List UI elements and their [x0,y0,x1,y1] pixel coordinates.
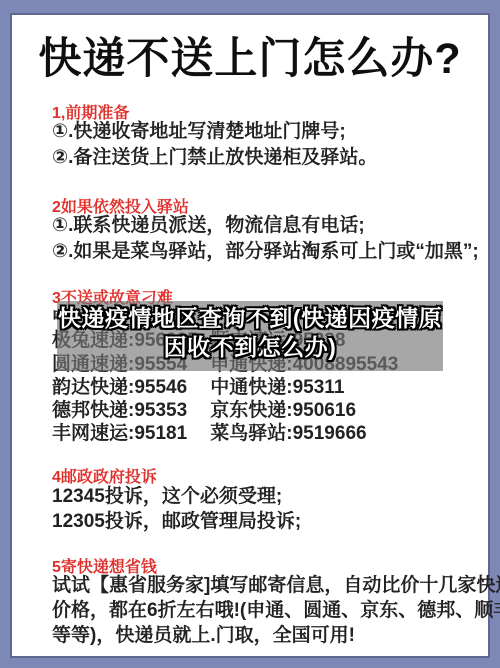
section-body-preparation: ①.快递收寄地址写清楚地址门牌号; ②.备注送货上门禁止放快递柜及驿站。 [52,119,460,171]
section-body-save-money: 试试【惠省服务家]填写邮寄信息，自动比价十几家快递 价格，都在6折左右哦!(申通… [52,573,460,648]
hotline-left: 丰网速运:95181 [52,422,205,445]
hotline-row: 德邦快递:95353 京东快递:950616 [52,399,398,422]
section-line: ①.联系快递员派送，物流信息有电话; [52,213,460,239]
hotline-right: 中通快递:95311 [210,376,344,399]
section-line: ②.备注送货上门禁止放快递柜及驿站。 [52,145,460,171]
section-line: 12305投诉，邮政管理局投诉; [52,509,460,534]
section-line: 等等)，快递员就上.门取，全国可用! [52,623,460,648]
section-line: 价格，都在6折左右哦!(申通、圆通、京东、德邦、顺丰 [52,598,460,623]
poster-content: 快递不送上门怎么办? 1,前期准备 ①.快递收寄地址写清楚地址门牌号; ②.备注… [0,0,500,668]
hotline-right: 京东快递:950616 [210,399,356,422]
watermark-overlay-text: 快递疫情地区查询不到(快递因疫情原 因收不到怎么办) [30,304,470,362]
hotline-left: 韵达快递:95546 [52,376,205,399]
hotline-row: 丰网速运:95181 菜鸟驿站:9519666 [52,422,398,445]
hotline-row: 韵达快递:95546 中通快递:95311 [52,376,398,399]
section-line: 12345投诉，这个必须受理; [52,484,460,509]
page-title: 快递不送上门怎么办? [0,30,500,88]
watermark-line: 因收不到怎么办) [30,333,470,362]
hotline-right: 菜鸟驿站:9519666 [210,422,366,445]
watermark-line: 快递疫情地区查询不到(快递因疫情原 [30,304,470,333]
section-line: ①.快递收寄地址写清楚地址门牌号; [52,119,460,145]
section-line: ②.如果是菜鸟驿站，部分驿站淘系可上门或“加黑”; [52,239,460,265]
hotline-left: 德邦快递:95353 [52,399,205,422]
section-body-station: ①.联系快递员派送，物流信息有电话; ②.如果是菜鸟驿站，部分驿站淘系可上门或“… [52,213,460,265]
section-line: 试试【惠省服务家]填写邮寄信息，自动比价十几家快递 [52,573,460,598]
section-body-government-complaint: 12345投诉，这个必须受理; 12305投诉，邮政管理局投诉; [52,484,460,534]
